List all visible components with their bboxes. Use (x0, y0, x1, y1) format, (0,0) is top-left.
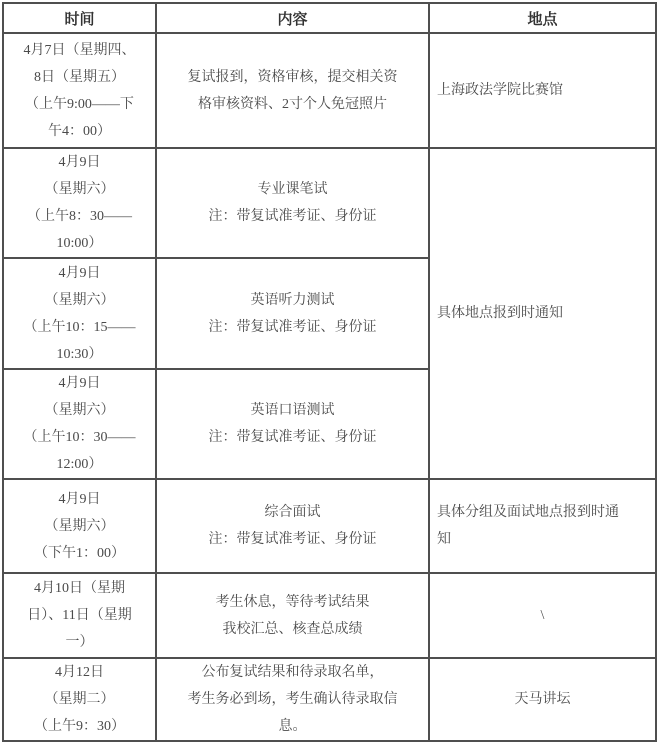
text-line: 注：带复试准考证、身份证 (157, 203, 428, 230)
content-cell: 复试报到，资格审核，提交相关资格审核资料、2寸个人免冠照片 (156, 33, 429, 148)
location-cell: \ (429, 573, 656, 658)
location-cell: 天马讲坛 (429, 658, 656, 741)
text-line: 10:00） (4, 230, 155, 257)
text-line: 午4：00） (4, 118, 155, 145)
text-line: 8日（星期五） (4, 64, 155, 91)
time-cell: 4月10日（星期日）、11日（星期一） (3, 573, 156, 658)
table-row: 4月7日（星期四、8日（星期五）（上午9:00——下午4：00） 复试报到，资格… (3, 33, 656, 148)
text-line: （星期二） (4, 686, 155, 713)
location-cell: 上海政法学院比赛馆 (429, 33, 656, 148)
text-line: 4月12日 (4, 659, 155, 686)
text-line: 12:00） (4, 451, 155, 478)
text-line: （下午1：00） (4, 540, 155, 567)
text-line: 一） (4, 629, 155, 656)
time-cell: 4月9日（星期六）（上午10：15——10:30） (3, 258, 156, 369)
text-line: （上午10：30—— (4, 424, 155, 451)
text-line: （星期六） (4, 287, 155, 314)
text-line: 4月9日 (4, 486, 155, 513)
time-cell: 4月7日（星期四、8日（星期五）（上午9:00——下午4：00） (3, 33, 156, 148)
text-line: 上海政法学院比赛馆 (437, 77, 648, 104)
schedule-table: 时间 内容 地点 4月7日（星期四、8日（星期五）（上午9:00——下午4：00… (2, 2, 657, 742)
content-cell: 考生休息，等待考试结果我校汇总、核查总成绩 (156, 573, 429, 658)
time-cell: 4月9日（星期六）（上午8：30——10:00） (3, 148, 156, 258)
text-line: （上午9:00——下 (4, 91, 155, 118)
text-line: 天马讲坛 (430, 686, 655, 713)
content-cell: 公布复试结果和待录取名单，考生务必到场，考生确认待录取信息。 (156, 658, 429, 741)
text-line: 注：带复试准考证、身份证 (157, 424, 428, 451)
text-line: 4月9日 (4, 149, 155, 176)
text-line: 英语听力测试 (157, 287, 428, 314)
text-line: 10:30） (4, 341, 155, 368)
text-line: 4月9日 (4, 260, 155, 287)
location-cell-merged: 具体地点报到时通知 (429, 148, 656, 479)
content-cell: 英语听力测试注：带复试准考证、身份证 (156, 258, 429, 369)
table-row: 4月9日（星期六）（下午1：00） 综合面试注：带复试准考证、身份证 具体分组及… (3, 479, 656, 573)
text-line: 考生休息，等待考试结果 (157, 589, 428, 616)
text-line: （星期六） (4, 397, 155, 424)
text-line: （上午10：15—— (4, 314, 155, 341)
text-line: 4月7日（星期四、 (4, 37, 155, 64)
text-line: 公布复试结果和待录取名单， (157, 659, 428, 686)
text-line: （星期六） (4, 513, 155, 540)
text-line: 注：带复试准考证、身份证 (157, 314, 428, 341)
text-line: 专业课笔试 (157, 176, 428, 203)
text-line: 知 (437, 526, 648, 553)
text-line: 我校汇总、核查总成绩 (157, 616, 428, 643)
content-cell: 专业课笔试注：带复试准考证、身份证 (156, 148, 429, 258)
text-line: \ (430, 602, 655, 629)
text-line: 注：带复试准考证、身份证 (157, 526, 428, 553)
text-line: 考生务必到场，考生确认待录取信 (157, 686, 428, 713)
text-line: 4月9日 (4, 370, 155, 397)
header-time: 时间 (3, 3, 156, 33)
table-row: 4月9日（星期六）（上午8：30——10:00） 专业课笔试注：带复试准考证、身… (3, 148, 656, 258)
text-line: 具体分组及面试地点报到时通 (437, 499, 648, 526)
location-cell: 具体分组及面试地点报到时通知 (429, 479, 656, 573)
time-cell: 4月9日（星期六）（下午1：00） (3, 479, 156, 573)
content-cell: 英语口语测试注：带复试准考证、身份证 (156, 369, 429, 479)
text-line: （上午8：30—— (4, 203, 155, 230)
text-line: 英语口语测试 (157, 397, 428, 424)
text-line: 综合面试 (157, 499, 428, 526)
text-line: （上午9：30） (4, 713, 155, 740)
text-line: 日）、11日（星期 (4, 602, 155, 629)
content-cell: 综合面试注：带复试准考证、身份证 (156, 479, 429, 573)
table-row: 4月10日（星期日）、11日（星期一） 考生休息，等待考试结果我校汇总、核查总成… (3, 573, 656, 658)
text-line: 具体地点报到时通知 (437, 300, 648, 327)
time-cell: 4月12日（星期二）（上午9：30） (3, 658, 156, 741)
text-line: （星期六） (4, 176, 155, 203)
header-content: 内容 (156, 3, 429, 33)
text-line: 4月10日（星期 (4, 575, 155, 602)
time-cell: 4月9日（星期六）（上午10：30——12:00） (3, 369, 156, 479)
header-row: 时间 内容 地点 (3, 3, 656, 33)
text-line: 复试报到，资格审核，提交相关资 (157, 64, 428, 91)
table-row: 4月12日（星期二）（上午9：30） 公布复试结果和待录取名单，考生务必到场，考… (3, 658, 656, 741)
text-line: 息。 (157, 713, 428, 740)
text-line: 格审核资料、2寸个人免冠照片 (157, 91, 428, 118)
header-location: 地点 (429, 3, 656, 33)
